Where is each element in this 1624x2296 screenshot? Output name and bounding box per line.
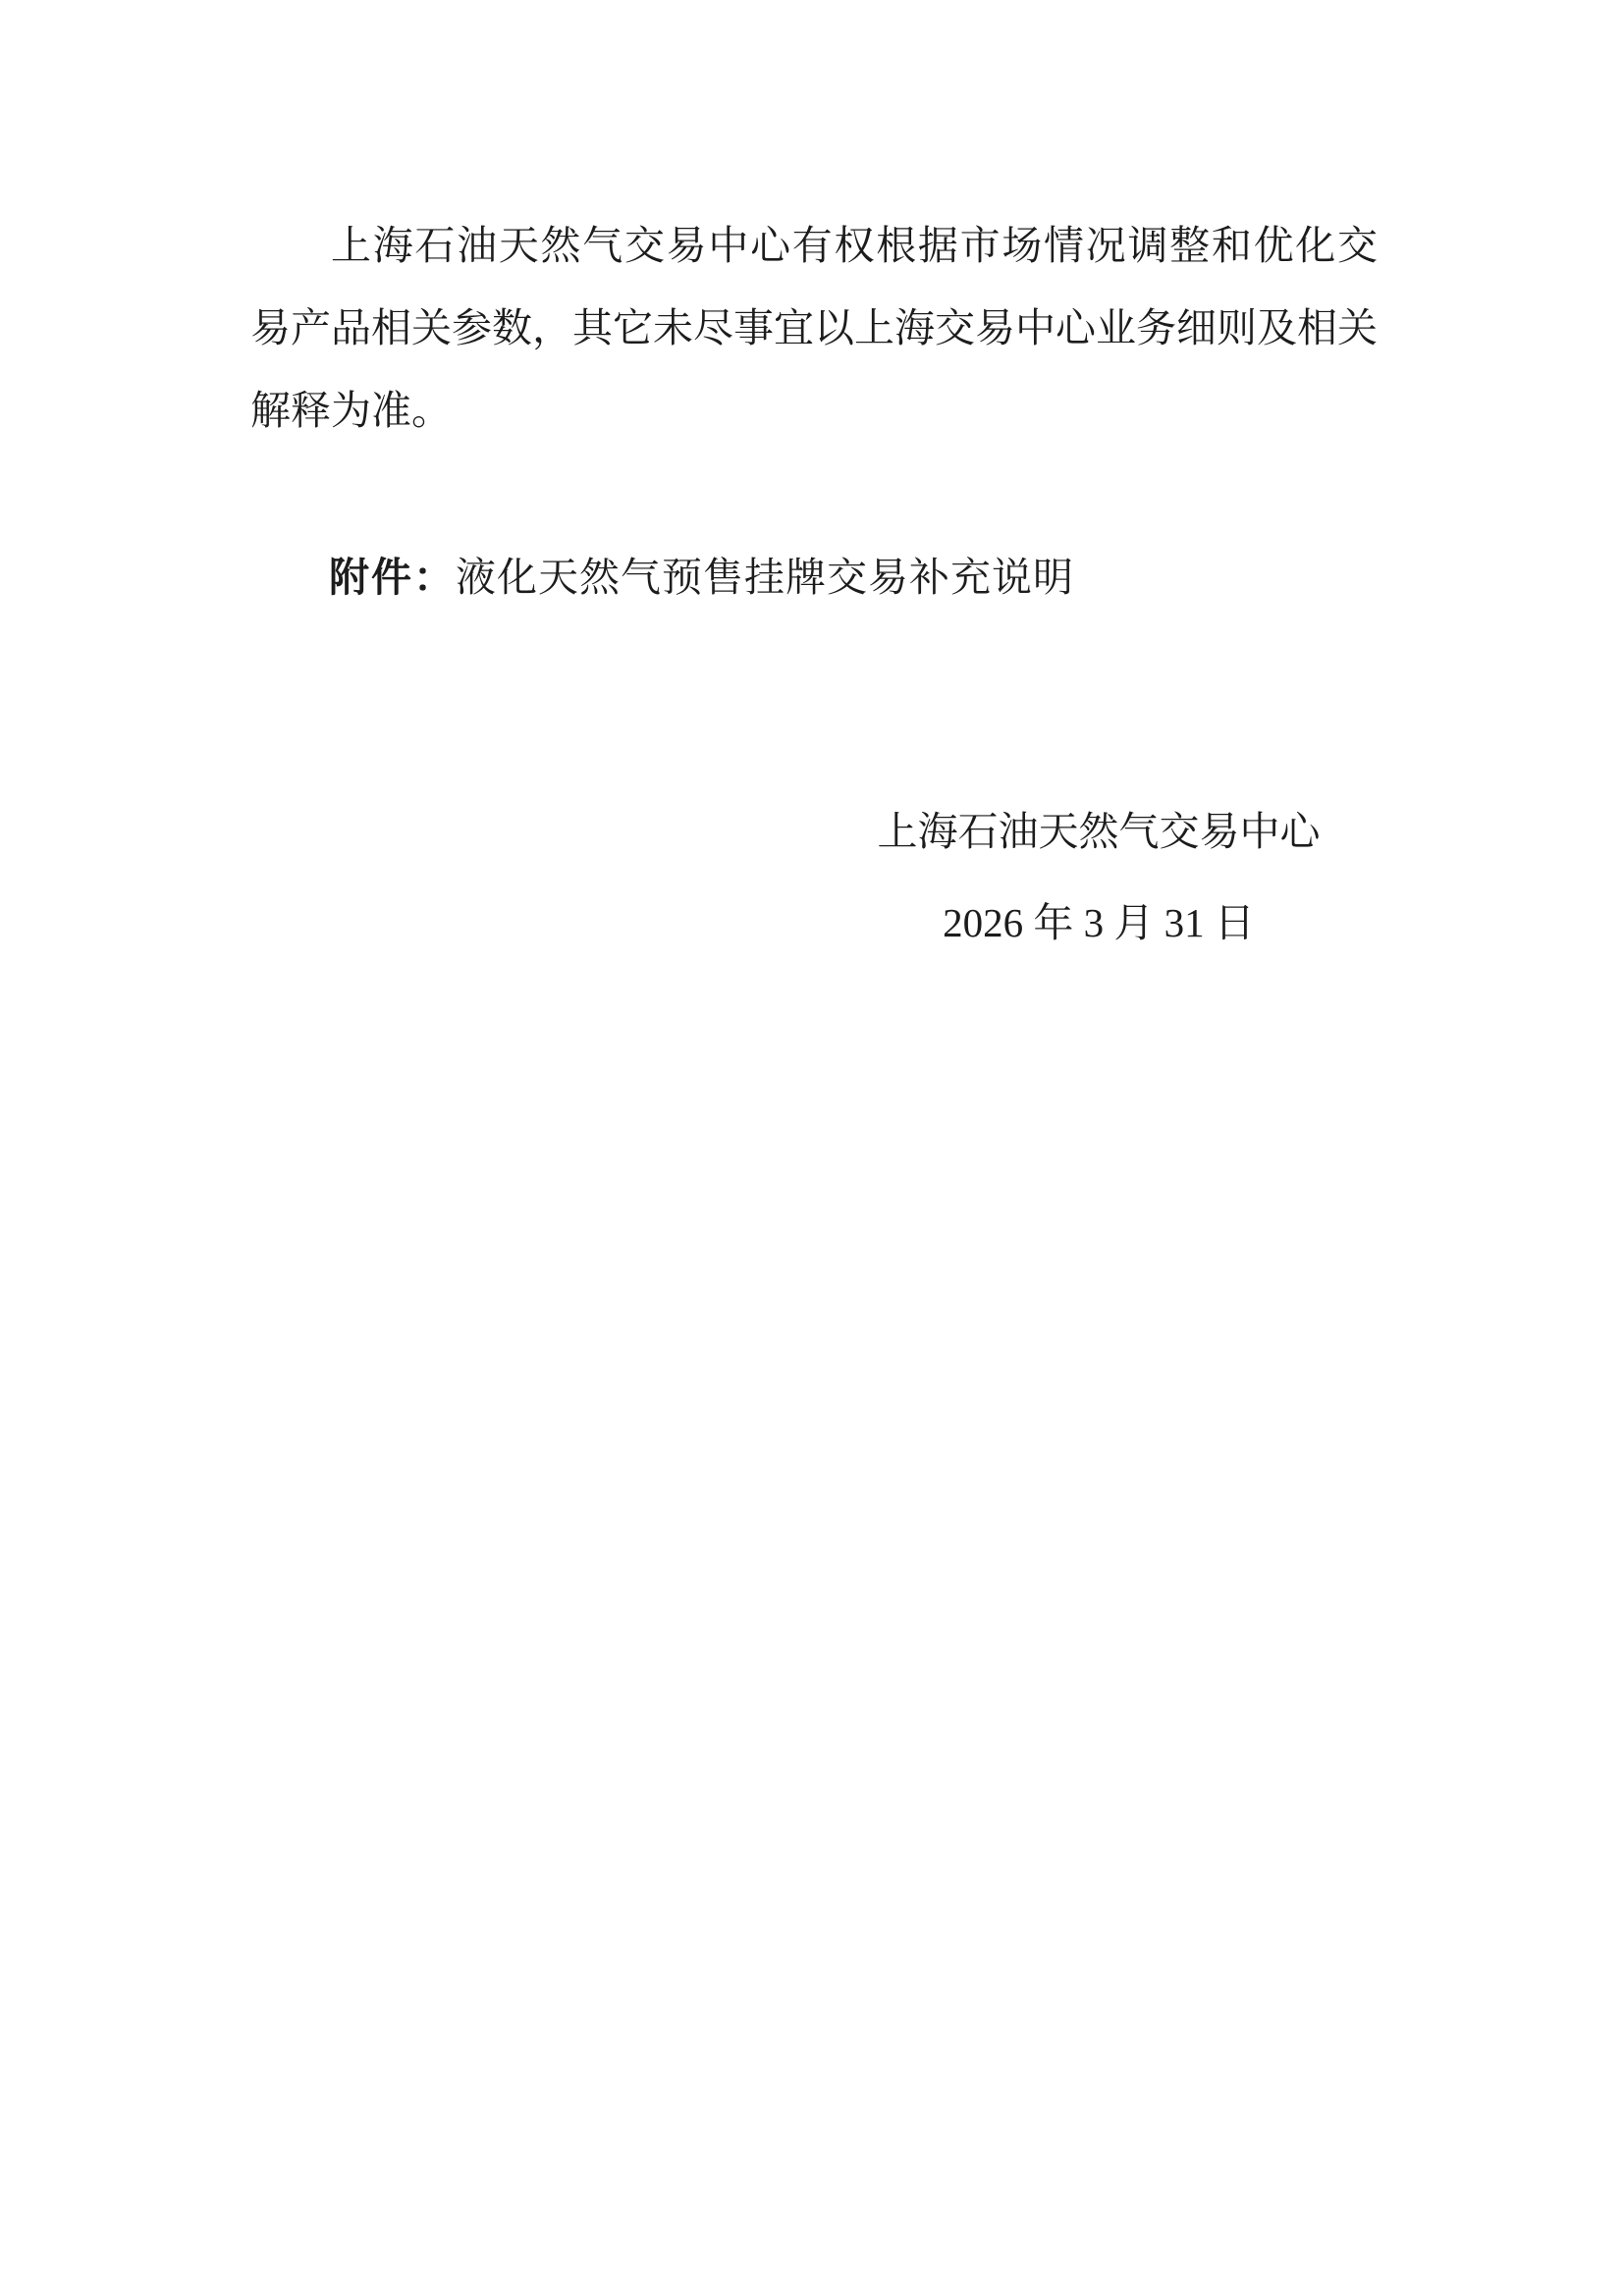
- document-page: 上海石油天然气交易中心有权根据市场情况调整和优化交 易产品相关参数，其它未尽事宜…: [0, 0, 1624, 2296]
- signature-organization: 上海石油天然气交易中心: [877, 786, 1321, 878]
- signature-block: 上海石油天然气交易中心 2026 年 3 月 31 日: [877, 786, 1321, 969]
- attachment-title: 液化天然气预售挂牌交易补充说明: [456, 555, 1074, 600]
- paragraph-line-3: 解释为准。: [250, 369, 1378, 452]
- signature-date: 2026 年 3 月 31 日: [877, 878, 1321, 969]
- paragraph-line-1: 上海石油天然气交易中心有权根据市场情况调整和优化交: [250, 204, 1378, 287]
- body-paragraph: 上海石油天然气交易中心有权根据市场情况调整和优化交 易产品相关参数，其它未尽事宜…: [250, 204, 1378, 452]
- attachment-line: 附件：液化天然气预售挂牌交易补充说明: [250, 536, 1429, 618]
- attachment-label: 附件：: [329, 555, 456, 600]
- paragraph-line-2: 易产品相关参数，其它未尽事宜以上海交易中心业务细则及相关: [250, 287, 1378, 369]
